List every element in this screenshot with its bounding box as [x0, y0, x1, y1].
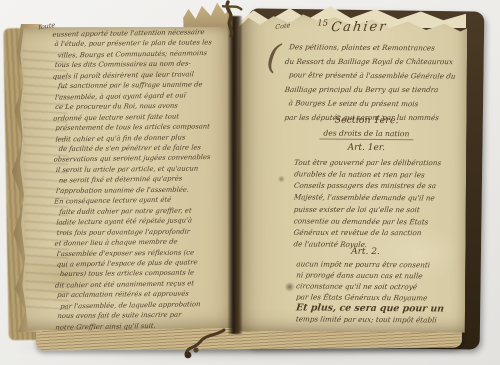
manuscript-line: Généraux et revêtue de la sanction [293, 227, 474, 239]
manuscript-line: pour être présenté à l'assemblée Général… [288, 68, 478, 83]
manuscript-line: Majesté, l'assemblée demande qu'il ne [293, 191, 474, 204]
page-number: 15 [317, 19, 328, 29]
article2-heading: Art. 2. [275, 246, 455, 257]
binding-thread-top [214, 0, 248, 38]
binding-thread-bottom [182, 328, 228, 362]
manuscript-line: Tout être gouverné par les délibérations [293, 157, 474, 169]
right-page-unit: Coté 15 Cahier ( Des pétitions, plaintes… [0, 0, 500, 365]
manuscript-line: puisse exister de loi qu'elle ne soit [293, 204, 474, 216]
section-subheading-text: des droits de la nation [319, 129, 413, 141]
article2-paragraph: aucun impôt ne pourra être consentini pr… [296, 258, 477, 325]
article1-heading: Art. 1er. [276, 142, 456, 153]
section-subheading: des droits de la nation [276, 128, 456, 138]
manuscript-line: Des pétitions, plaintes et Remontrances [288, 40, 478, 55]
book-binding [228, 16, 242, 334]
article1-paragraph: Tout être gouverné par les délibérations… [293, 156, 474, 251]
manuscript-line: à Bourges Le seize du présent mois [288, 96, 478, 111]
manuscript-photo: toute eussent apporté toute l'attention … [0, 0, 500, 365]
manuscript-line: du Ressort du Bailliage Royal de Château… [284, 55, 478, 69]
intro-paragraph: Des pétitions, plaintes et Remontrancesd… [288, 40, 477, 125]
manuscript-line: Bailliage principal du Berry qui se tien… [284, 83, 478, 97]
manuscript-line: temps limité par eux; tout impôt établi [295, 313, 476, 325]
page-title: Cahier [330, 20, 388, 36]
section-heading: Section 1ère. [276, 114, 456, 126]
